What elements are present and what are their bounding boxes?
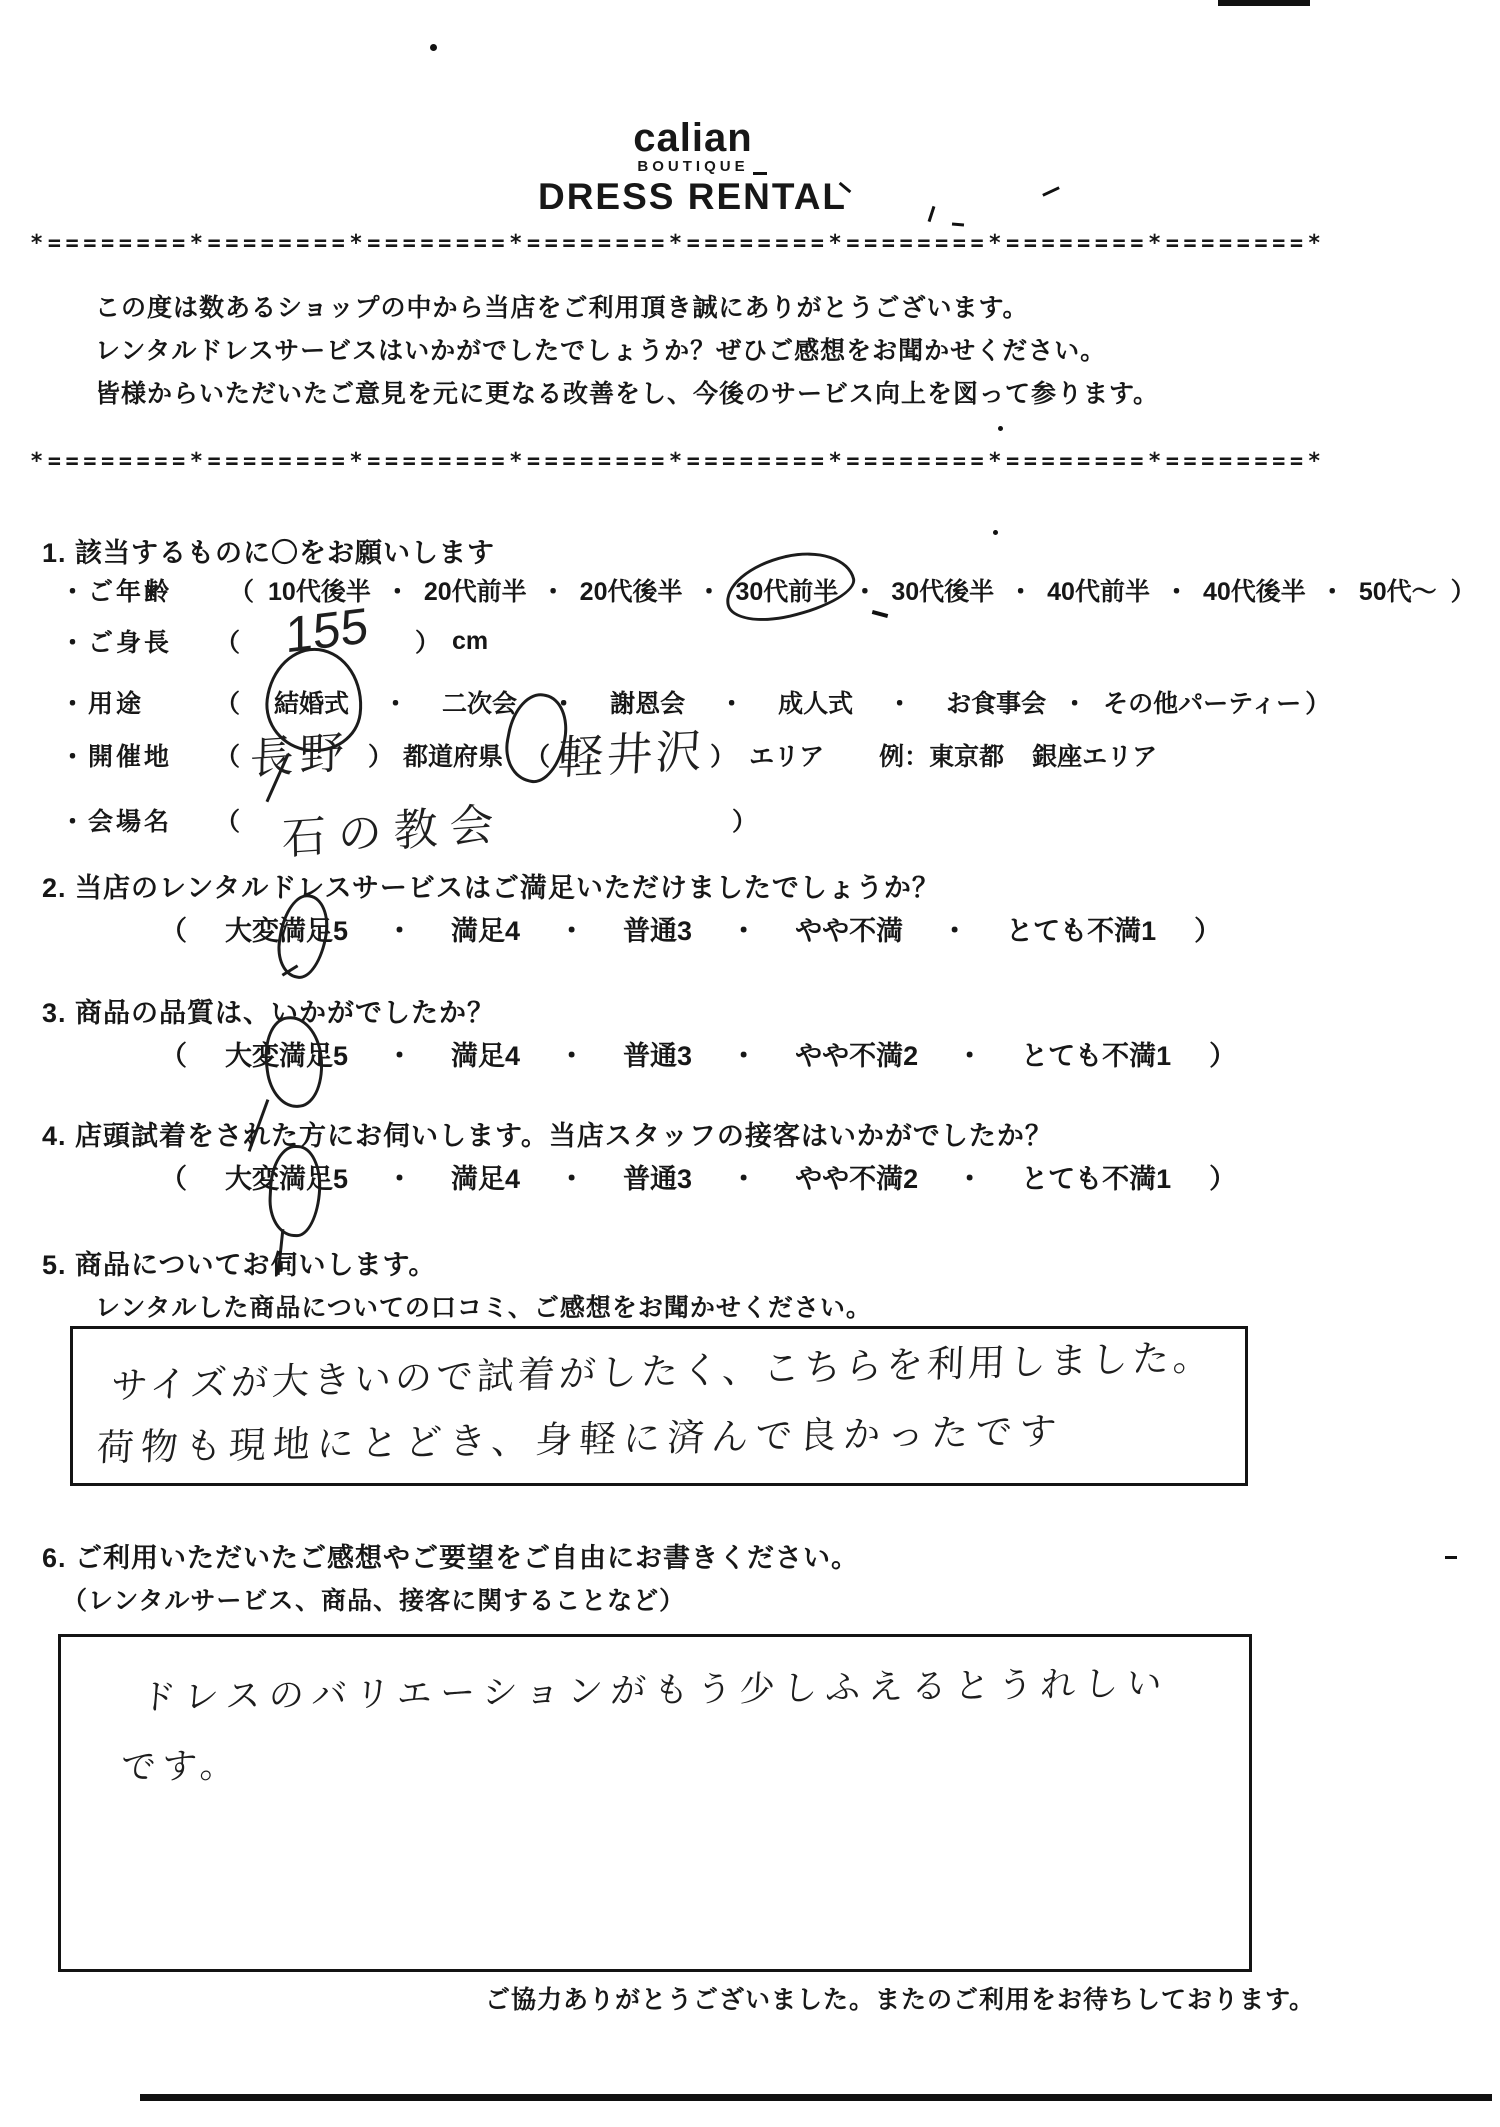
pen-mark-artifact — [1042, 186, 1060, 196]
open-paren: （ — [160, 909, 187, 948]
option-separator-dot: ・ — [386, 1157, 413, 1196]
question-6-title: 6. ご利用いただいたご感想やご要望をご自由にお書きください。 — [42, 1536, 859, 1575]
question-2-title: 2. 当店のレンタルドレスサービスはご満足いただけましたでしょうか？ — [42, 866, 940, 905]
document-title: DRESS RENTAL — [470, 176, 915, 218]
option-separator-dot: ・ — [383, 684, 408, 720]
scan-artifact-dot — [993, 530, 998, 535]
height-unit: cm — [452, 627, 488, 656]
rating-option: とても不満1 — [1021, 1157, 1171, 1196]
rating-option: とても不満1 — [1006, 909, 1156, 948]
option-separator-dot: ・ — [386, 1034, 413, 1073]
pen-mark-artifact — [753, 172, 767, 175]
age-option: 20代後半 — [580, 572, 683, 608]
open-paren: （ — [229, 572, 254, 608]
open-paren: （ — [215, 802, 240, 838]
scanned-survey-form: calian BOUTIQUE DRESS RENTAL *========*=… — [0, 0, 1500, 2127]
rating-option: 普通3 — [623, 1034, 692, 1073]
q6-answer-box: ドレスのバリエーションがもう少しふえるとうれしい です。 — [58, 1634, 1252, 1972]
open-paren: （ — [215, 737, 240, 773]
location-row: ・開催地 （ 長野 ） 都道府県 （ 軽井沢 ） エリア 例：東京都 銀座エリア — [60, 722, 1157, 788]
option-separator-dot: ・ — [541, 572, 566, 608]
intro-line: 皆様からいただいたご意見を元に更なる改善をし、今後のサービス向上を図って参ります… — [95, 374, 1159, 410]
purpose-option: 謝恩会 — [610, 684, 685, 720]
rating-option-selected-circled: 大変満足5 — [225, 1157, 348, 1196]
age-option: 40代後半 — [1203, 572, 1306, 608]
option-separator-dot: ・ — [696, 572, 721, 608]
separator-line: *========*========*========*========*===… — [30, 449, 1350, 474]
option-separator-dot: ・ — [558, 909, 585, 948]
height-label: ・ご身長 — [60, 623, 215, 659]
question-6-subtitle: （レンタルサービス、商品、接客に関することなど） — [62, 1581, 685, 1617]
rating-option: 満足4 — [451, 1034, 520, 1073]
rating-option: やや不満2 — [795, 1034, 918, 1073]
purpose-option: その他パーティー — [1103, 684, 1301, 720]
option-separator-dot: ・ — [386, 909, 413, 948]
footer-thanks-message: ご協力ありがとうございました。またのご利用をお待ちしております。 — [485, 1980, 1315, 2016]
scan-artifact-bottom-edge — [140, 2094, 1492, 2101]
close-paren: ） — [1451, 572, 1476, 608]
option-separator-dot: ・ — [852, 572, 877, 608]
close-paren: ） — [368, 737, 393, 773]
location-example: 例：東京都 — [879, 737, 1004, 773]
location-example-area: 銀座エリア — [1032, 737, 1157, 773]
prefecture-handwritten: 長野 — [249, 715, 368, 787]
scan-artifact-top-bar — [1218, 0, 1310, 6]
option-separator-dot: ・ — [1008, 572, 1033, 608]
age-option-selected-circled: 30代前半 — [736, 572, 839, 608]
close-paren: ） — [1209, 1157, 1236, 1196]
pen-mark-artifact — [872, 610, 888, 618]
option-separator-dot: ・ — [730, 909, 757, 948]
rating-option: 満足4 — [451, 1157, 520, 1196]
age-option: 20代前半 — [424, 572, 527, 608]
open-paren: （ — [215, 623, 240, 659]
scan-artifact-dash — [1445, 1556, 1457, 1559]
open-paren: （ — [215, 684, 240, 720]
purpose-option: 二次会 — [442, 684, 517, 720]
age-option: 40代前半 — [1047, 572, 1150, 608]
q6-answer-handwritten-line: です。 — [119, 1738, 243, 1790]
intro-line: この度は数あるショップの中から当店をご利用頂き誠にありがとうございます。 — [95, 288, 1029, 324]
q6-answer-handwritten-line: ドレスのバリエーションがもう少しふえるとうれしい — [139, 1656, 1171, 1720]
close-paren: ） — [415, 623, 440, 659]
question-1-title: 1. 該当するものに〇をお願いします — [42, 531, 495, 570]
rating-option: とても不満1 — [1021, 1034, 1171, 1073]
pen-mark-artifact — [928, 206, 936, 222]
close-paren: ） — [710, 737, 735, 773]
venue-row: ・会場名 （ 石の教会 ） — [60, 788, 757, 852]
q5-answer-handwritten-line: 荷物も現地にとどき、身軽に済んで良かったです — [96, 1401, 1065, 1472]
close-paren: ） — [1209, 1034, 1236, 1073]
height-row: ・ご身長 （ 155 ） cm — [60, 612, 488, 670]
scan-artifact-dot — [430, 44, 437, 51]
rating-option: やや不満 — [795, 909, 903, 948]
option-separator-dot: ・ — [941, 909, 968, 948]
option-separator-dot: ・ — [956, 1034, 983, 1073]
option-separator-dot: ・ — [1320, 572, 1345, 608]
rating-option: 普通3 — [623, 1157, 692, 1196]
close-paren: ） — [1194, 909, 1221, 948]
rating-option: 満足4 — [451, 909, 520, 948]
q5-answer-box: サイズが大きいので試着がしたく、こちらを利用しました。 荷物も現地にとどき、身軽… — [70, 1326, 1248, 1486]
purpose-label: ・用途 — [60, 684, 215, 720]
option-separator-dot: ・ — [719, 684, 744, 720]
open-paren: （ — [160, 1157, 187, 1196]
question-5-subtitle: レンタルした商品についての口コミ、ご感想をお聞かせください。 — [95, 1288, 872, 1324]
close-paren: ） — [1305, 684, 1330, 720]
age-row: ・ご年齢 （ 10代後半 ・ 20代前半 ・ 20代後半 ・ 30代前半 ・ 3… — [60, 572, 1476, 608]
option-separator-dot: ・ — [1062, 684, 1087, 720]
option-separator-dot: ・ — [887, 684, 912, 720]
option-separator-dot: ・ — [551, 684, 576, 720]
option-separator-dot: ・ — [730, 1157, 757, 1196]
open-paren-pen-circled: （ — [525, 737, 550, 773]
age-label: ・ご年齢 — [60, 572, 215, 608]
scan-artifact-dot — [998, 426, 1003, 431]
purpose-option: 成人式 — [778, 684, 853, 720]
rating-option: やや不満2 — [795, 1157, 918, 1196]
brand-logo: calian — [593, 116, 793, 161]
q4-rating-row: （ 大変満足5 ・ 満足4 ・ 普通3 ・ やや不満2 ・ とても不満1 ） — [160, 1157, 1236, 1196]
question-3-title: 3. 商品の品質は、いかがでしたか？ — [42, 991, 495, 1030]
prefecture-suffix: 都道府県 — [403, 737, 503, 773]
question-4-title: 4. 店頭試着をされた方にお伺いします。当店スタッフの接客はいかがでしたか？ — [42, 1114, 1053, 1153]
separator-line: *========*========*========*========*===… — [30, 231, 1350, 256]
q2-rating-row: （ 大変満足5 ・ 満足4 ・ 普通3 ・ やや不満 ・ とても不満1 ） — [160, 909, 1221, 948]
age-option: 30代後半 — [891, 572, 994, 608]
area-suffix: エリア — [749, 737, 824, 773]
location-label: ・開催地 — [60, 737, 215, 773]
q3-rating-row: （ 大変満足5 ・ 満足4 ・ 普通3 ・ やや不満2 ・ とても不満1 ） — [160, 1034, 1236, 1073]
purpose-option-selected-circled: 結婚式 — [274, 684, 349, 720]
purpose-option: お食事会 — [946, 684, 1046, 720]
option-separator-dot: ・ — [956, 1157, 983, 1196]
option-separator-dot: ・ — [558, 1034, 585, 1073]
option-separator-dot: ・ — [558, 1157, 585, 1196]
q5-answer-handwritten-line: サイズが大きいので試着がしたく、こちらを利用しました。 — [110, 1327, 1215, 1410]
question-5-title: 5. 商品についてお伺いします。 — [42, 1243, 436, 1282]
rating-option-selected-circled: 大変満足5 — [225, 909, 348, 948]
option-separator-dot: ・ — [1164, 572, 1189, 608]
option-separator-dot: ・ — [730, 1034, 757, 1073]
pen-mark-artifact — [952, 222, 964, 226]
close-paren: ） — [732, 802, 757, 838]
open-paren: （ — [160, 1034, 187, 1073]
intro-line: レンタルドレスサービスはいかがでしたでしょうか？ぜひご感想をお聞かせください。 — [95, 331, 1106, 367]
age-option: 50代～ — [1359, 572, 1437, 608]
rating-option: 普通3 — [623, 909, 692, 948]
venue-label: ・会場名 — [60, 802, 215, 838]
rating-option-selected-circled: 大変満足5 — [225, 1034, 348, 1073]
